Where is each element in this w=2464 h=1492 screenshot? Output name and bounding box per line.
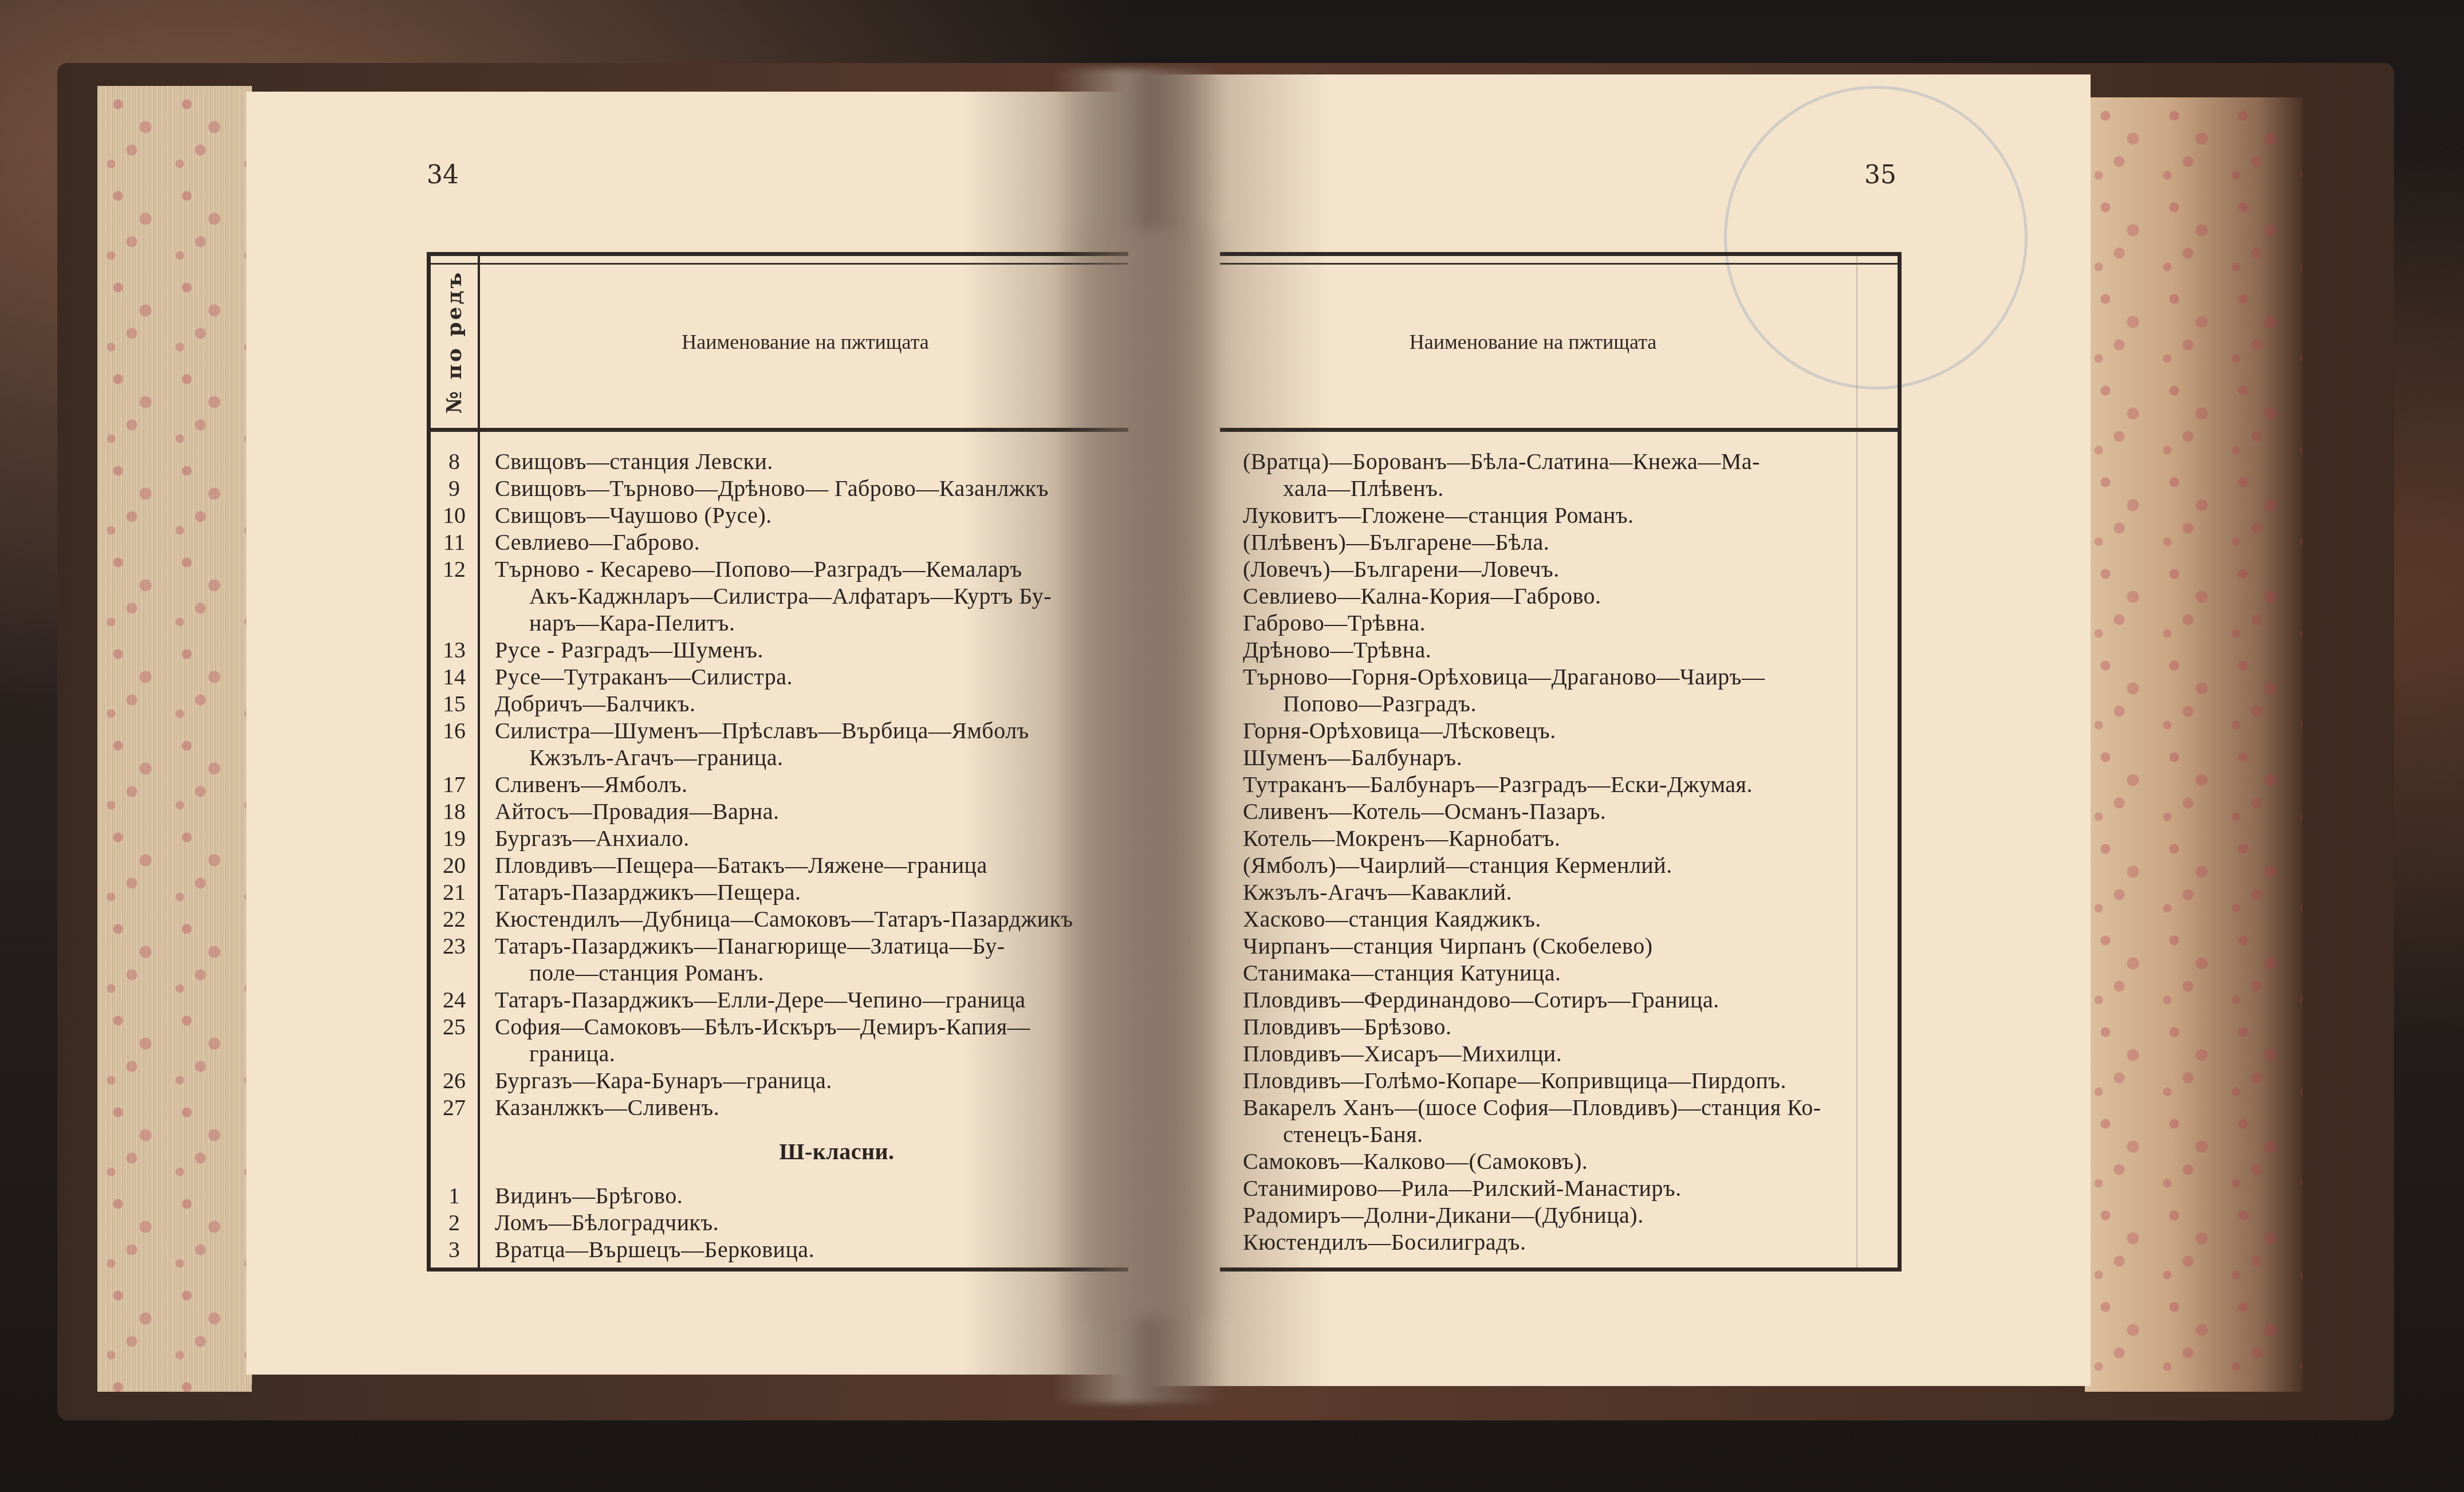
table-row: Радомиръ—Долни-Дикани—(Дубница). [1220, 1202, 1898, 1229]
table-row: (Плѣвенъ)—Българене—Бѣла. [1220, 529, 1898, 556]
table-row-continuation: Попово—Разградъ. [1220, 690, 1898, 717]
table-row: (Ямболъ)—Чаирлий—станция Керменлий. [1220, 852, 1898, 879]
table-row: 2Ломъ—Бѣлоградчикъ. [431, 1209, 1128, 1236]
table-row: Станимака—станция Катуница. [1220, 959, 1898, 986]
spacer [431, 1165, 1128, 1182]
header-name-column: Наименование на пжтищата [482, 256, 1128, 428]
table-row: Пловдивъ—Хисаръ—Михилци. [1220, 1040, 1898, 1067]
table-row: Габрово—Трѣвна. [1220, 609, 1898, 636]
table-row: 16Силистра—Шуменъ—Прѣславъ—Върбица—Ямбол… [431, 717, 1128, 744]
table-row: Хасково—станция Каяджикъ. [1220, 906, 1898, 932]
table-row: 1Видинъ—Брѣгово. [431, 1182, 1128, 1209]
table-row: 23Татаръ-Пазарджикъ—Панагюрище—Златица—Б… [431, 932, 1128, 959]
table-body: (Вратца)—Борованъ—Бѣла-Слатина—Кнежа—Ма-… [1220, 448, 1898, 1255]
table-row: Луковитъ—Гложене—станция Романъ. [1220, 502, 1898, 529]
table-row: 26Бургазъ—Кара-Бунаръ—граница. [431, 1067, 1128, 1094]
table-row: 9Свищовъ—Търново—Дрѣново— Габрово—Казанл… [431, 475, 1128, 502]
table-row: 18Айтосъ—Провадия—Варна. [431, 798, 1128, 825]
header-number-label: № по редъ [442, 270, 466, 414]
table-row: Самоковъ—Калково—(Самоковъ). [1220, 1148, 1898, 1175]
page-edges-left [97, 86, 252, 1392]
page-number-right: 35 [1864, 160, 1896, 190]
table-header: № по редъ Наименование на пжтищата [431, 256, 1128, 432]
spacer [431, 1121, 1128, 1138]
table-row: Пловдивъ—Брѣзово. [1220, 1013, 1898, 1040]
table-row: 3Вратца—Вършецъ—Берковица. [431, 1236, 1128, 1263]
table-row: Кжзълъ-Агачъ—Каваклий. [1220, 879, 1898, 906]
table-row-continuation: поле—станция Романъ. [431, 959, 1128, 986]
table-row-continuation: Акъ-Каджнларъ—Силистра—Алфатаръ—Куртъ Бу… [431, 582, 1128, 609]
table-row-continuation: Кжзълъ-Агачъ—граница. [431, 744, 1128, 771]
table-row: Пловдивъ—Голѣмо-Копаре—Копривщица—Пирдоп… [1220, 1067, 1898, 1094]
table-row: (Ловечъ)—Българени—Ловечъ. [1220, 556, 1898, 582]
table-row: 15Добричъ—Балчикъ. [431, 690, 1128, 717]
header-number-column: № по редъ [431, 256, 480, 428]
table-row: (Вратца)—Борованъ—Бѣла-Слатина—Кнежа—Ма- [1220, 448, 1898, 475]
table-row: Горня-Орѣховица—Лѣсковецъ. [1220, 717, 1898, 744]
table-header: Наименование на пжтищата [1220, 256, 1898, 432]
header-name-column: Наименование на пжтищата [1220, 256, 1846, 428]
table-row: 14Русе—Тутраканъ—Силистра. [431, 663, 1128, 690]
section-heading-class-iii: Ш-класни. [431, 1138, 1128, 1165]
table-body: 8Свищовъ—станция Левски. 9Свищовъ—Търнов… [431, 448, 1128, 1263]
table-row: Станимирово—Рила—Рилский-Манастиръ. [1220, 1175, 1898, 1202]
table-row: 20Пловдивъ—Пещера—Батакъ—Ляжене—граница [431, 852, 1128, 879]
table-row: Сливенъ—Котель—Османъ-Пазаръ. [1220, 798, 1898, 825]
table-row-continuation: граница. [431, 1040, 1128, 1067]
table-row-continuation: наръ—Кара-Пелитъ. [431, 609, 1128, 636]
table-row: 27Казанлжкъ—Сливенъ. [431, 1094, 1128, 1121]
table-row: 24Татаръ-Пазарджикъ—Елли-Дере—Чепино—гра… [431, 986, 1128, 1013]
table-row: 11Севлиево—Габрово. [431, 529, 1128, 556]
table-row: Търново—Горня-Орѣховица—Драганово—Чаиръ— [1220, 663, 1898, 690]
table-row: Вакарелъ Ханъ—(шосе София—Пловдивъ)—стан… [1220, 1094, 1898, 1121]
table-row-continuation: стенецъ-Баня. [1220, 1121, 1898, 1148]
table-row: 10Свищовъ—Чаушово (Русе). [431, 502, 1128, 529]
table-row: Пловдивъ—Фердинандово—Сотиръ—Граница. [1220, 986, 1898, 1013]
table-row: 19Бургазъ—Анхиало. [431, 825, 1128, 852]
roads-table-left: № по редъ Наименование на пжтищата 8Свищ… [427, 252, 1128, 1271]
table-row: 13Русе - Разградъ—Шуменъ. [431, 636, 1128, 663]
page-number-left: 34 [427, 160, 459, 190]
table-row: Севлиево—Кална-Кория—Габрово. [1220, 582, 1898, 609]
table-row: 22Кюстендилъ—Дубница—Самоковъ—Татаръ-Паз… [431, 906, 1128, 932]
table-row: Тутраканъ—Балбунаръ—Разградъ—Ески-Джумая… [1220, 771, 1898, 798]
table-row: Чирпанъ—станция Чирпанъ (Скобелево) [1220, 932, 1898, 959]
table-row: 12Търново - Кесарево—Попово—Разградъ—Кем… [431, 556, 1128, 582]
table-row: Шуменъ—Балбунаръ. [1220, 744, 1898, 771]
roads-table-right: Наименование на пжтищата (Вратца)—Борова… [1220, 252, 1902, 1271]
table-row-continuation: хала—Плѣвенъ. [1220, 475, 1898, 502]
table-row: 8Свищовъ—станция Левски. [431, 448, 1128, 475]
table-row: Котель—Мокренъ—Карнобатъ. [1220, 825, 1898, 852]
table-row: Дрѣново—Трѣвна. [1220, 636, 1898, 663]
table-row: 21Татаръ-Пазарджикъ—Пещера. [431, 879, 1128, 906]
gutter-motion-blur [1060, 229, 1231, 1317]
table-row: 17Сливенъ—Ямболъ. [431, 771, 1128, 798]
table-row: Кюстендилъ—Босилиградъ. [1220, 1229, 1898, 1255]
page-edges-right [2085, 97, 2302, 1392]
table-row: 25София—Самоковъ—Бѣлъ-Искъръ—Демиръ-Капи… [431, 1013, 1128, 1040]
